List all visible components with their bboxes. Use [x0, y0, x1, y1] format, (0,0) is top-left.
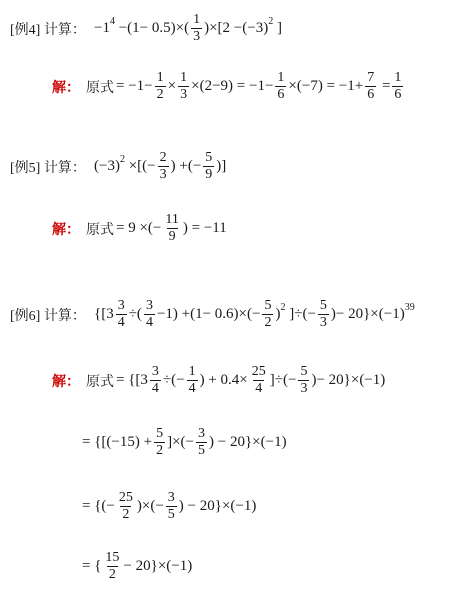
fraction-denominator: 2 — [120, 506, 131, 523]
example4-label: [例4] 计算： — [10, 19, 94, 45]
math-text: ]÷(− — [270, 372, 297, 389]
fraction: 76 — [365, 70, 376, 103]
fraction: 34 — [150, 364, 161, 397]
math-text: )− 20}×(−1) — [311, 372, 385, 389]
fraction-denominator: 6 — [392, 86, 403, 103]
example5-solution-label: 解： — [52, 219, 80, 239]
fraction: 13 — [191, 12, 202, 45]
fraction: 119 — [163, 212, 180, 245]
math-text: = — [378, 78, 390, 95]
fraction-denominator: 3 — [158, 166, 169, 183]
fraction-numerator: 1 — [155, 70, 166, 86]
example5-solution-row: 解： 原式 = 9 ×(−119) = −11 — [52, 212, 227, 245]
fraction-numerator: 25 — [250, 364, 268, 380]
fraction-denominator: 2 — [155, 86, 166, 103]
fraction-numerator: 3 — [116, 298, 127, 314]
math-text: = { — [82, 558, 101, 575]
math-text: ÷(− — [163, 372, 185, 389]
math-text: ]×(− — [167, 434, 194, 451]
math-text: ÷( — [129, 306, 142, 323]
math-text: − 20}×(−1) — [123, 558, 192, 575]
math-text: ×(−7) = −1+ — [288, 78, 363, 95]
example6-solution-label: 解： — [52, 371, 80, 391]
fraction-numerator: 3 — [144, 298, 155, 314]
example5-label: [例5] 计算： — [10, 157, 94, 183]
fraction-denominator: 2 — [107, 566, 118, 583]
superscript-exponent: 2 — [120, 154, 125, 165]
fraction: 14 — [187, 364, 198, 397]
math-text: ]÷(− — [285, 306, 315, 323]
example5-problem-row: [例5] 计算： (−3)2 ×[(−23) +(−59)] — [10, 150, 226, 183]
example6-expression-label: 原式 — [86, 371, 114, 391]
math-text: ) = −11 — [183, 220, 227, 237]
example5-problem-formula: (−3)2 ×[(−23) +(−59)] — [94, 150, 226, 183]
fraction-numerator: 1 — [191, 12, 202, 28]
math-text: × — [168, 78, 176, 95]
example6-step1-row: = {[(−15) +52]×(−35) − 20}×(−1) — [82, 426, 287, 459]
fraction-numerator: 3 — [196, 426, 207, 442]
fraction-denominator: 2 — [154, 442, 165, 459]
example6-step3-row: = {152− 20}×(−1) — [82, 550, 192, 583]
math-text: ) + 0.4× — [200, 372, 248, 389]
example5-solution-formula: = 9 ×(−119) = −11 — [116, 212, 227, 245]
fraction-denominator: 5 — [196, 442, 207, 459]
math-text: −(1− 0.5)×( — [115, 20, 189, 37]
fraction-numerator: 11 — [163, 212, 180, 228]
superscript-exponent: 2 — [268, 16, 273, 27]
fraction: 34 — [116, 298, 127, 331]
example6-problem-row: [例6] 计算： {[334÷(34−1) +(1− 0.6)×(−52)2 ]… — [10, 298, 415, 331]
math-text: ×[(− — [125, 158, 156, 175]
fraction-denominator: 4 — [150, 380, 161, 397]
fraction: 152 — [103, 550, 121, 583]
example6-label: [例6] 计算： — [10, 305, 94, 331]
superscript-exponent: 4 — [110, 16, 115, 27]
superscript-exponent: 2 — [280, 302, 285, 313]
fraction-denominator: 3 — [191, 28, 202, 45]
fraction: 34 — [144, 298, 155, 331]
example6-solution-row: 解： 原式 = {[334÷(−14) + 0.4×254]÷(−53)− 20… — [52, 364, 385, 397]
fraction: 52 — [154, 426, 165, 459]
fraction-denominator: 4 — [116, 314, 127, 331]
math-text: ) +(− — [171, 158, 202, 175]
fraction-denominator: 3 — [318, 314, 329, 331]
math-text: ] — [273, 20, 282, 37]
math-text: = 9 ×(− — [116, 220, 161, 237]
fraction-numerator: 5 — [154, 426, 165, 442]
fraction: 35 — [196, 426, 207, 459]
example4-problem-formula: −14 −(1− 0.5)×(13)×[2 −(−3)2 ] — [94, 12, 282, 45]
fraction-numerator: 1 — [275, 70, 286, 86]
example4-problem-row: [例4] 计算： −14 −(1− 0.5)×(13)×[2 −(−3)2 ] — [10, 12, 282, 45]
math-text: ) − 20}×(−1) — [179, 498, 257, 515]
example6-step2-formula: = {(−252)×(−35) − 20}×(−1) — [82, 490, 256, 523]
fraction-denominator: 3 — [178, 86, 189, 103]
fraction-numerator: 1 — [178, 70, 189, 86]
fraction-denominator: 4 — [144, 314, 155, 331]
fraction-numerator: 5 — [203, 150, 214, 166]
fraction: 12 — [155, 70, 166, 103]
math-text: )− 20}×(−1) — [331, 306, 405, 323]
fraction-numerator: 2 — [158, 150, 169, 166]
fraction-denominator: 6 — [365, 86, 376, 103]
example6-solution-formula: = {[334÷(−14) + 0.4×254]÷(−53)− 20}×(−1) — [116, 364, 385, 397]
example6-step2-row: = {(−252)×(−35) − 20}×(−1) — [82, 490, 256, 523]
fraction: 16 — [275, 70, 286, 103]
fraction-numerator: 1 — [187, 364, 198, 380]
fraction-numerator: 25 — [117, 490, 135, 506]
fraction-denominator: 2 — [262, 314, 273, 331]
fraction-denominator: 4 — [253, 380, 264, 397]
example6-step3-formula: = {152− 20}×(−1) — [82, 550, 192, 583]
fraction-numerator: 15 — [103, 550, 121, 566]
math-text: )] — [216, 158, 226, 175]
example4-expression-label: 原式 — [86, 77, 114, 97]
example4-solution-formula: = −1−12×13×(2−9) = −1−16×(−7) = −1+76 =1… — [116, 70, 405, 103]
example4-solution-label: 解： — [52, 77, 80, 97]
math-text: ×(2−9) = −1− — [191, 78, 273, 95]
example4-solution-row: 解： 原式 = −1−12×13×(2−9) = −1−16×(−7) = −1… — [52, 70, 405, 103]
fraction: 35 — [166, 490, 177, 523]
math-text: ) − 20}×(−1) — [209, 434, 287, 451]
superscript-exponent: 39 — [405, 302, 415, 313]
fraction: 53 — [318, 298, 329, 331]
fraction-denominator: 4 — [187, 380, 198, 397]
fraction-numerator: 3 — [150, 364, 161, 380]
math-text: = {[3 — [116, 372, 148, 389]
fraction-denominator: 3 — [298, 380, 309, 397]
example6-step1-formula: = {[(−15) +52]×(−35) − 20}×(−1) — [82, 426, 287, 459]
example6-problem-formula: {[334÷(34−1) +(1− 0.6)×(−52)2 ]÷(−53)− 2… — [94, 298, 415, 331]
fraction-numerator: 1 — [392, 70, 403, 86]
math-text: = {[(−15) + — [82, 434, 152, 451]
fraction-numerator: 5 — [298, 364, 309, 380]
math-text: −1) +(1− 0.6)×(− — [157, 306, 261, 323]
fraction-numerator: 5 — [262, 298, 273, 314]
math-text: {[3 — [94, 306, 114, 323]
fraction-denominator: 9 — [167, 228, 178, 245]
fraction: 59 — [203, 150, 214, 183]
fraction: 254 — [250, 364, 268, 397]
math-text: (−3) — [94, 158, 120, 175]
math-text: −1 — [94, 20, 110, 37]
example5-expression-label: 原式 — [86, 219, 114, 239]
fraction-numerator: 3 — [166, 490, 177, 506]
math-text: = {(− — [82, 498, 115, 515]
fraction: 13 — [178, 70, 189, 103]
fraction: 16 — [392, 70, 403, 103]
math-text: = −1− — [116, 78, 153, 95]
fraction-denominator: 6 — [275, 86, 286, 103]
fraction-numerator: 7 — [365, 70, 376, 86]
fraction: 53 — [298, 364, 309, 397]
math-text: )×[2 −(−3) — [204, 20, 268, 37]
math-worksheet-page: [例4] 计算： −14 −(1− 0.5)×(13)×[2 −(−3)2 ] … — [0, 0, 462, 593]
fraction: 252 — [117, 490, 135, 523]
fraction: 23 — [158, 150, 169, 183]
fraction: 52 — [262, 298, 273, 331]
fraction-denominator: 5 — [166, 506, 177, 523]
fraction-numerator: 5 — [318, 298, 329, 314]
math-text: )×(− — [137, 498, 164, 515]
fraction-denominator: 9 — [203, 166, 214, 183]
